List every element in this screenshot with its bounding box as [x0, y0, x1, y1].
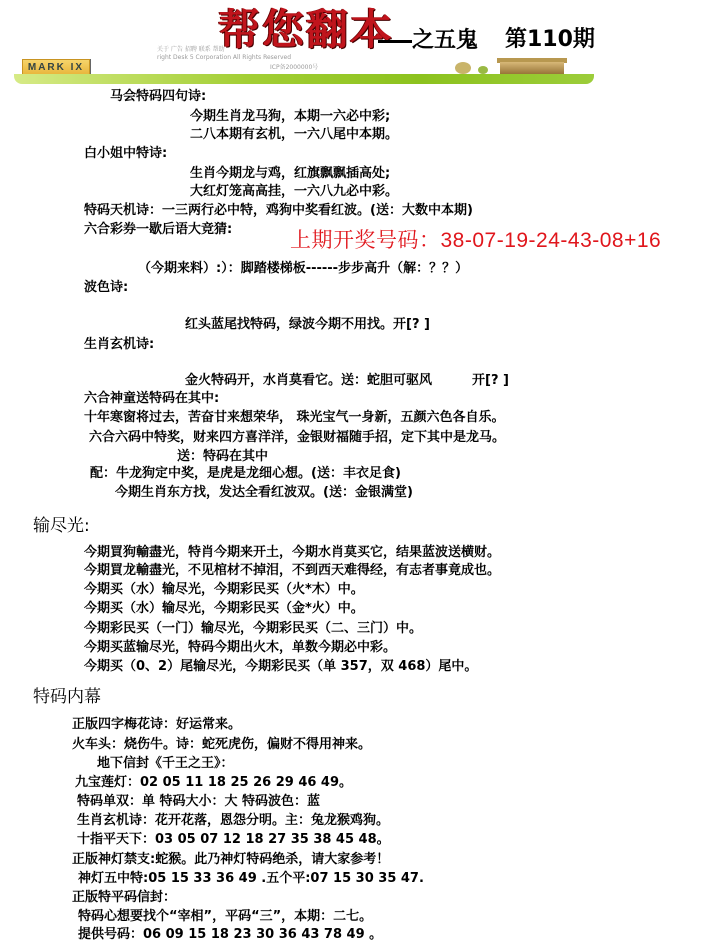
poem-suffix: 开[? ] — [472, 373, 509, 388]
list-item: 提供号码：06 09 15 18 23 30 36 43 78 49 。 — [78, 927, 382, 942]
poem-line: 二八本期有玄机，一六八尾中本期。 — [190, 127, 398, 142]
shentong-label: 六合神童送特码在其中: — [84, 391, 219, 406]
poem-line: 十年寒窗将过去，苦奋甘来想荣华， 珠光宝气一身新，五颜六色各自乐。 — [84, 410, 505, 425]
list-item: 地下信封《千王之王》： — [97, 756, 234, 771]
poem-line: 今期生肖龙马狗，本期一六必中彩; — [190, 109, 390, 124]
poem-line: 六合六码中特奖，财来四方喜洋洋，金银财福随手招，定下其中是龙马。 — [89, 430, 505, 445]
header-banner: 关于 广告 招聘 联系 帮助 right Desk 5 Corporation … — [0, 0, 720, 86]
issue-number: 第110期 — [505, 26, 595, 54]
section-title-shujinguang: 输尽光: — [33, 516, 90, 536]
bose-poem-label: 波色诗: — [84, 280, 128, 295]
title-dash — [378, 40, 412, 43]
list-item: 十指平天下：03 05 07 12 18 27 35 38 45 48。 — [77, 832, 390, 847]
poem-line: 金火特码开，水肖莫看它。送：蛇胆可驱风 — [185, 373, 432, 388]
list-item: 九宝莲灯：02 05 11 18 25 26 29 46 49。 — [75, 775, 352, 790]
divider — [90, 59, 91, 74]
list-item: 今期买（水）输尽光，今期彩民买（金*火）中。 — [84, 601, 364, 616]
green-banner-bar — [14, 74, 594, 84]
list-item: 今期买（0、2）尾输尽光，今期彩民买（单 357，双 468）尾中。 — [84, 659, 477, 674]
list-item: 今期买蓝输尽光，特码今期出火木，单数今期必中彩。 — [84, 640, 396, 655]
watermark-line: 关于 广告 招聘 联系 帮助 — [157, 46, 225, 54]
list-item: 正版神灯禁支:蛇猴。此乃神灯特码绝杀，请大家参考！ — [72, 852, 389, 867]
xiehouyu-label: 六合彩券一歇后语大竞猜: — [84, 222, 232, 237]
tree-icon — [478, 66, 488, 74]
list-item: 正版特平码信封： — [72, 890, 176, 905]
last-draw-results: 上期开奖号码：38-07-19-24-43-08+16 — [290, 228, 661, 254]
xiehouyu-riddle: （今期来料）:）：脚踏楼梯板------步步高升（解：？？） — [138, 261, 468, 276]
list-item: 特码心想要找个“宰相”，平码“三”，本期：二七。 — [78, 909, 372, 924]
poem-line: 大红灯笼高高挂，一六八九必中彩。 — [190, 184, 398, 199]
watermark-line: ICP备2000000号 — [270, 64, 318, 72]
baixiaojie-poem-label: 白小姐中特诗: — [84, 146, 167, 161]
tianji-poem: 特码天机诗：一三两行必中特，鸡狗中奖看红波。(送：大数中本期) — [84, 203, 473, 218]
section-title-neimu: 特码内幕 — [33, 687, 101, 707]
poem-line: 生肖今期龙与鸡，红旗飘飘插高处; — [190, 166, 390, 181]
page-title: 帮您翻本 — [218, 4, 394, 56]
poem-line: 送：特码在其中 — [177, 449, 268, 464]
list-item: 今期买（水）输尽光，今期彩民买（火*木）中。 — [84, 582, 364, 597]
page-subtitle: 之五鬼 — [412, 26, 478, 54]
last-draw-label: 上期开奖号码： — [290, 229, 441, 252]
list-item: 正版四字梅花诗：好运常来。 — [72, 717, 241, 732]
shengxiao-poem-label: 生肖玄机诗: — [84, 337, 154, 352]
poem-line: 今期生肖东方找，发达全看红波双。(送：金银满堂) — [115, 485, 413, 500]
list-item: 今期買狗輸盡光，特肖今期来开土，今期水肖莫买它，结果蓝波送横财。 — [84, 545, 500, 560]
list-item: 今期買龙輸盡光，不见棺材不掉泪，不到西天难得经，有志者事竟成也。 — [84, 563, 500, 578]
mahui-poem-label: 马会特码四句诗: — [110, 89, 206, 104]
list-item: 神灯五中特:05 15 33 36 49 .五个平:07 15 30 35 47… — [78, 871, 424, 886]
list-item: 生肖玄机诗：花开花落，恩怨分明。主：兔龙猴鸡狗。 — [77, 813, 389, 828]
poem-line: 红头蓝尾找特码，绿波今期不用找。开[? ] — [185, 317, 430, 332]
poem-line: 配：牛龙狗定中奖，是虎是龙细心想。(送：丰衣足食) — [90, 466, 401, 481]
list-item: 特码单双：单 特码大小：大 特码波色：蓝 — [77, 794, 320, 809]
list-item: 今期彩民买（一门）输尽光，今期彩民买（二、三门）中。 — [84, 621, 422, 636]
list-item: 火车头：烧伤牛。诗：蛇死虎伤，偏财不得用神来。 — [72, 737, 371, 752]
tree-icon — [455, 62, 471, 74]
last-draw-numbers: 38-07-19-24-43-08+16 — [441, 229, 662, 252]
